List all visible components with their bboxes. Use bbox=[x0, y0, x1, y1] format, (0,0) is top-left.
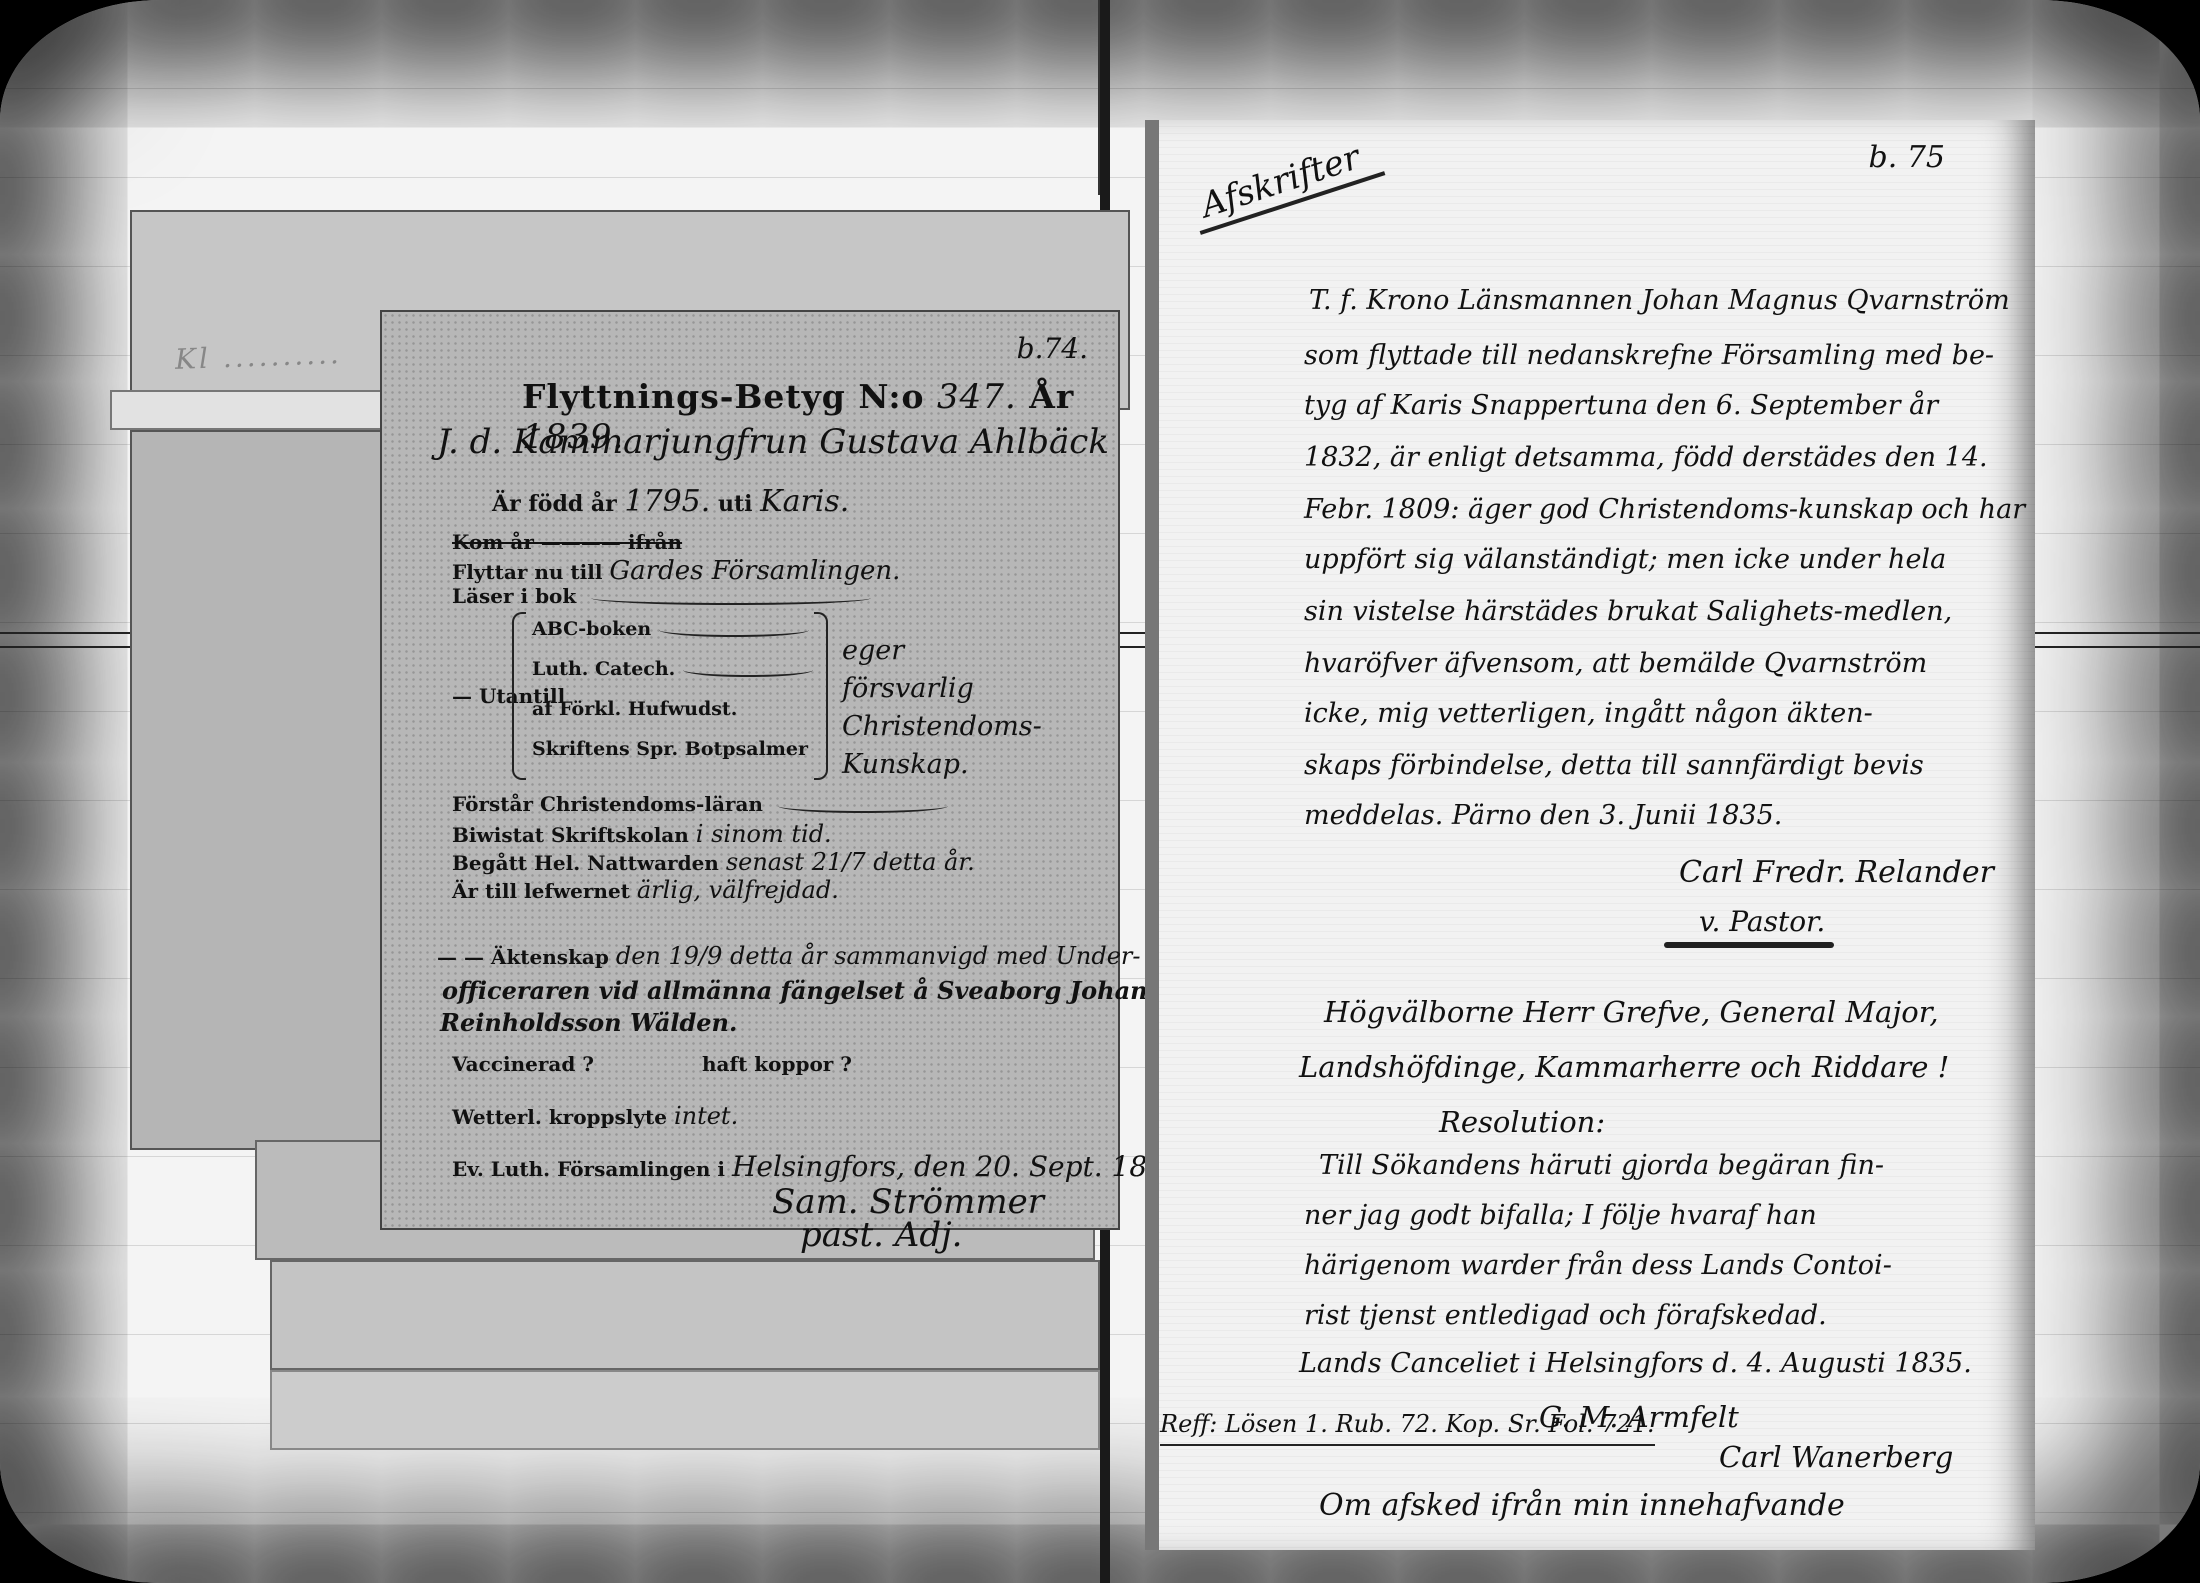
moving-to-value: Gardes Församlingen. bbox=[609, 556, 900, 586]
letter-line: Febr. 1809: äger god Christendoms-kunska… bbox=[1304, 494, 2025, 525]
address-line: Högvälborne Herr Grefve, General Major, bbox=[1324, 995, 1939, 1029]
memorized-item: Luth. Catech. bbox=[532, 658, 813, 680]
communion-label: Begått Hel. Nattwarden bbox=[452, 851, 719, 875]
page-edge bbox=[1098, 0, 1100, 195]
background-slip bbox=[270, 1260, 1100, 1370]
letter-line: icke, mig vetterligen, ingått någon äkte… bbox=[1304, 698, 1873, 729]
came-from-label: Kom år ———— ifrån bbox=[452, 530, 682, 554]
marriage-label: — — Äktenskap bbox=[437, 945, 609, 969]
page-number: b. 75 bbox=[1869, 140, 1945, 175]
understands-label: Förstår Christendoms-läran bbox=[452, 792, 763, 816]
communion-value: senast 21/7 detta år. bbox=[726, 848, 975, 876]
closing-line: Om afsked ifrån min innehafvande bbox=[1319, 1488, 1845, 1523]
background-slip bbox=[110, 390, 410, 430]
vaccinated-label: Vaccinerad ? bbox=[452, 1052, 594, 1076]
letter-line: 1832, är enligt detsamma, född derstädes… bbox=[1304, 442, 1988, 473]
pastor-title: v. Pastor. bbox=[1699, 905, 1825, 938]
copies-stamp: Afskrifter bbox=[1187, 131, 1386, 235]
left-brace bbox=[512, 612, 526, 780]
confirmation-value: i sinom tid. bbox=[696, 820, 832, 848]
pastor-signature: Carl Fredr. Relander bbox=[1679, 855, 1994, 890]
conduct-label: Är till lefwernet bbox=[452, 879, 630, 903]
defect-value: intet. bbox=[674, 1102, 738, 1130]
marriage-value-cont: Reinholdsson Wälden. bbox=[440, 1008, 737, 1037]
address-line: Landshöfdinge, Kammarherre och Riddare ! bbox=[1299, 1050, 1949, 1084]
fee-footnote: Reff: Lösen 1. Rub. 72. Kop. Sr. Fol. 72… bbox=[1160, 1410, 1655, 1438]
letter-line: som flyttade till nedanskrefne Församlin… bbox=[1304, 340, 1994, 371]
memorized-item: af Förkl. Hufwudst. bbox=[532, 698, 737, 720]
understands-row: Förstår Christendoms-läran bbox=[452, 792, 948, 816]
parish-value: Helsingfors, den 20. Sept. 1839. bbox=[732, 1150, 1192, 1183]
memorized-note: eger försvarlig Christendoms- Kunskap. bbox=[842, 632, 1042, 784]
blank-wave bbox=[591, 591, 871, 605]
resolution-line: rist tjenst entledigad och förafskedad. bbox=[1304, 1300, 1827, 1331]
born-place: Karis. bbox=[760, 484, 849, 519]
signature-title: past. Adj. bbox=[800, 1215, 962, 1255]
parish-label: Ev. Luth. Församlingen i bbox=[452, 1157, 725, 1181]
fee-footnote-text: Reff: Lösen 1. Rub. 72. Kop. Sr. Fol. 72… bbox=[1160, 1410, 1655, 1446]
resolution-line: Lands Canceliet i Helsingfors d. 4. Augu… bbox=[1299, 1348, 1972, 1379]
secretary-signature: Carl Wanerberg bbox=[1719, 1440, 1953, 1474]
letter-line: skaps förbindelse, detta till sannfärdig… bbox=[1304, 750, 1924, 781]
memorized-block: — Utantill ABC-boken Luth. Catech. af Fö… bbox=[462, 612, 1022, 782]
letter-line: tyg af Karis Snappertuna den 6. Septembe… bbox=[1304, 390, 1938, 421]
marriage-value-cont: officeraren vid allmänna fängelset å Sve… bbox=[442, 976, 1148, 1005]
reads-label: Läser i bok bbox=[452, 584, 576, 608]
smallpox-label: haft koppor ? bbox=[702, 1052, 852, 1076]
confirmation-row: Biwistat Skriftskolan i sinom tid. bbox=[452, 820, 832, 848]
memorized-item: ABC-boken bbox=[532, 618, 809, 640]
person-name: J. d. Kammarjungfrun Gustava Ahlbäck bbox=[437, 422, 1109, 462]
blank-wave bbox=[778, 799, 948, 813]
right-brace bbox=[814, 612, 828, 780]
certificate-number: 347. bbox=[937, 377, 1017, 417]
marriage-row: — — Äktenskap den 19/9 detta år sammanvi… bbox=[437, 942, 1141, 970]
title-printed: Flyttnings-Betyg N:o bbox=[522, 377, 925, 416]
letter-line: meddelas. Pärno den 3. Junii 1835. bbox=[1304, 800, 1782, 831]
right-page-letter: Afskrifter b. 75 T. f. Krono Länsmannen … bbox=[1145, 120, 2035, 1550]
born-year: 1795. bbox=[624, 484, 710, 519]
year-label: År bbox=[1029, 377, 1074, 416]
letter-line: T. f. Krono Länsmannen Johan Magnus Qvar… bbox=[1309, 285, 2010, 316]
background-slip bbox=[270, 1370, 1100, 1450]
memorized-item: Skriftens Spr. Botpsalmer bbox=[532, 738, 808, 760]
resolution-line: härigenom warder från dess Lands Contoi- bbox=[1304, 1250, 1892, 1281]
moving-to-row: Flyttar nu till Gardes Församlingen. bbox=[452, 556, 900, 586]
page-number: b.74. bbox=[1017, 332, 1088, 365]
born-place-label: uti bbox=[718, 491, 753, 517]
resolution-heading: Resolution: bbox=[1439, 1105, 1605, 1139]
communion-row: Begått Hel. Nattwarden senast 21/7 detta… bbox=[452, 848, 975, 876]
reads-row: Läser i bok bbox=[452, 584, 871, 608]
born-row: Är född år 1795. uti Karis. bbox=[492, 484, 849, 519]
moving-to-label: Flyttar nu till bbox=[452, 560, 602, 584]
scanned-document: Kl .......... b.74. Flyttnings-Betyg N:o… bbox=[0, 0, 2200, 1583]
flourish bbox=[1664, 942, 1834, 948]
moving-certificate: b.74. Flyttnings-Betyg N:o 347. År 1839.… bbox=[380, 310, 1120, 1230]
confirmation-label: Biwistat Skriftskolan bbox=[452, 823, 689, 847]
parish-row: Ev. Luth. Församlingen i Helsingfors, de… bbox=[452, 1150, 1192, 1183]
conduct-row: Är till lefwernet ärlig, välfrejdad. bbox=[452, 876, 839, 904]
resolution-line: ner jag godt bifalla; I följe hvaraf han bbox=[1304, 1200, 1817, 1231]
resolution-line: Till Sökandens häruti gjorda begäran fin… bbox=[1319, 1150, 1884, 1181]
defect-row: Wetterl. kroppslyte intet. bbox=[452, 1102, 738, 1130]
conduct-value: ärlig, välfrejdad. bbox=[637, 876, 839, 904]
marriage-value: den 19/9 detta år sammanvigd med Under- bbox=[616, 942, 1141, 970]
letter-line: sin vistelse härstädes brukat Salighets-… bbox=[1304, 596, 1952, 627]
faded-note: Kl .......... bbox=[174, 337, 342, 376]
background-slip bbox=[130, 430, 390, 1150]
defect-label: Wetterl. kroppslyte bbox=[452, 1105, 667, 1129]
letter-line: hvaröfver äfvensom, att bemälde Qvarnstr… bbox=[1304, 648, 1927, 679]
letter-line: uppfört sig välanständigt; men icke unde… bbox=[1304, 544, 1946, 575]
born-label: Är född år bbox=[492, 491, 617, 517]
